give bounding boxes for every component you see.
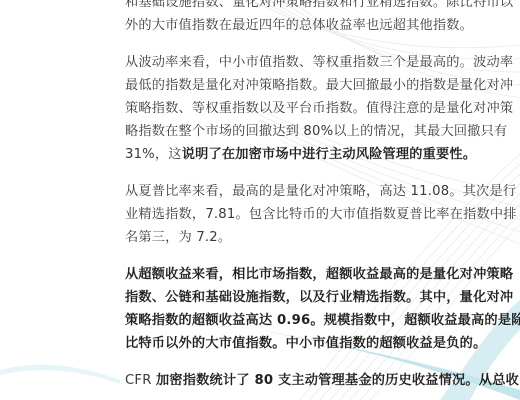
text-line: 从超额收益来看，相比市场指数，超额收益最高的是量化对冲策略 xyxy=(125,263,477,286)
text-line: 从波动率来看，中小市值指数、等权重指数三个是最高的。波动率 xyxy=(125,51,477,74)
text-line: 最低的指数是量化对冲策略指数。最大回撤最小的指数是量化对冲 xyxy=(125,74,477,97)
paragraph-excess-returns: 从超额收益来看，相比市场指数，超额收益最高的是量化对冲策略 指数、公链和基础设施… xyxy=(125,263,477,355)
text-fragment: 31%，这 xyxy=(125,147,182,162)
emphasis-text: 加密指数统计了 80 支主动管理基金的历史收益情况。从总收 xyxy=(156,373,519,388)
document-body: 和基础设施指数、量化对冲策略指数和行业精选指数。除比特币以 外的大市值指数在最近… xyxy=(125,0,477,400)
emphasis-text: 说明了在加密市场中进行主动风险管理的重要性。 xyxy=(182,147,477,162)
paragraph-cfr-funds: CFR 加密指数统计了 80 支主动管理基金的历史收益情况。从总收 xyxy=(125,369,477,392)
text-line: 从夏普比率来看，最高的是量化对冲策略，高达 11.08。其次是行 xyxy=(125,180,477,203)
text-line: 略指数在整个市场的回撤达到 80%以上的情况，其最大回撤只有 xyxy=(125,120,477,143)
text-line: CFR 加密指数统计了 80 支主动管理基金的历史收益情况。从总收 xyxy=(125,369,477,392)
text-fragment: CFR xyxy=(125,373,156,388)
text-line: 策略指数、等权重指数以及平台币指数。值得注意的是量化对冲策 xyxy=(125,97,477,120)
text-line: 指数、公链和基础设施指数，以及行业精选指数。其中，量化对冲 xyxy=(125,286,477,309)
text-line: 比特币以外的大市值指数。中小市值指数的超额收益是负的。 xyxy=(125,332,477,355)
paragraph-sharpe-ratio: 从夏普比率来看，最高的是量化对冲策略，高达 11.08。其次是行 业精选指数，7… xyxy=(125,180,477,249)
paragraph-returns-summary: 和基础设施指数、量化对冲策略指数和行业精选指数。除比特币以 外的大市值指数在最近… xyxy=(125,0,477,37)
text-line: 策略指数的超额收益高达 0.96。规模指数中，超额收益最高的是除 xyxy=(125,309,477,332)
text-line: 31%，这说明了在加密市场中进行主动风险管理的重要性。 xyxy=(125,143,477,166)
text-line: 名第三，为 7.2。 xyxy=(125,226,477,249)
text-line: 外的大市值指数在最近四年的总体收益率也远超其他指数。 xyxy=(125,14,477,37)
paragraph-volatility: 从波动率来看，中小市值指数、等权重指数三个是最高的。波动率 最低的指数是量化对冲… xyxy=(125,51,477,166)
text-line: 业精选指数，7.81。包含比特币的大市值指数夏普比率在指数中排 xyxy=(125,203,477,226)
text-line: 和基础设施指数、量化对冲策略指数和行业精选指数。除比特币以 xyxy=(125,0,477,14)
